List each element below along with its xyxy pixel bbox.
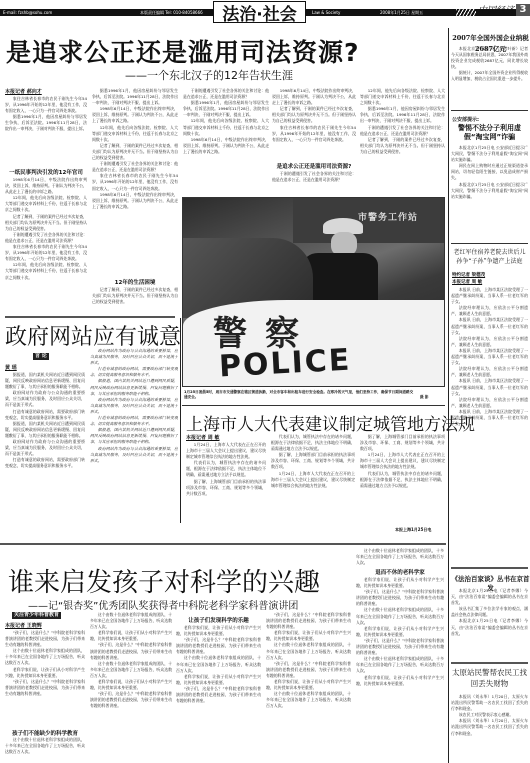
sidebar-item-3-byline2: 本报记者 周 敏	[452, 279, 482, 285]
divider-science	[0, 543, 446, 545]
opinion-tag: 言 论	[33, 353, 49, 360]
shanghai-text-col2: 代表们认为，城管执法中存在的诸多问题，根源在于法律依据不足，执法主体地位不明确，…	[271, 434, 355, 532]
science-text-col4: “孩子们，这是什么？”中科院老科学家科普演讲团的老教授们走进校园，为孩子们带来生…	[266, 612, 351, 763]
stripe-decoration	[456, 9, 476, 16]
sidebar-item-4-text: 本报北京1月25日电（记者李娜）今天，由“法治百家谈”编委会编辑的丛书在京首发。…	[451, 588, 528, 660]
sidebar-divider-4	[451, 662, 528, 664]
lead-subhead-1: 一纸民事判决引发的12年官司	[5, 168, 87, 176]
lead-subheadline: ——一个东北汉子的12年告状生涯	[125, 67, 293, 83]
lead-headline: 是追求公正还是滥用司法资源?	[6, 33, 446, 69]
sidebar-item-3-text: 本报讯 日前，上海市某区法院受理了一起遗产继承纠纷案，当事人系一位老红军的子女。…	[451, 287, 528, 562]
opinion-text-col2: 政府网站作为政府与公众沟通的重要桥梁，应当真诚为民服务，及时回应公众关切，而不是…	[90, 348, 178, 522]
lead-text-col3: 于刚的遭遇引发了社会各界的关注和讨论：他是在追求公正，还是在滥用司法资源？ 据悉…	[183, 88, 269, 186]
police-photo: 市警务工作站 警察 POLICE	[182, 197, 445, 387]
lead-text-col2b: 记者了解到，于刚的案件已经过多次复查，相关部门均认为原判决并无不当。但于刚坚持认…	[92, 287, 178, 312]
lead-text-col5: 12年间，他先后向各级法院、检察院、人大等部门递交申诉材料上千份，往返于长春与北…	[360, 88, 445, 200]
science-text-col1: “孩子们，这是什么？”中科院老科学家科普演讲团的老教授们走进校园，为孩子们带来生…	[5, 630, 85, 728]
shanghai-headline: 上海市人大代表建议制定城管地方法规	[186, 410, 475, 435]
section-english: Law & Society	[312, 9, 340, 16]
science-subhead-3: 退而不休的老科学家	[356, 568, 444, 576]
issue-date: 2008年1月25日 星期五	[380, 9, 423, 16]
opinion-byline: 黄 瑶	[5, 364, 17, 371]
science-headline: 谁来启发孩子对科学的兴趣	[8, 562, 320, 599]
lead-text-col2a: 据悉1996年1月，他因房屋纠纷与邻居发生争执，后诉至法院。1996年11月28…	[92, 88, 178, 273]
sidebar-item-5-headline: 太原站民警帮农民工找回丢失财物	[451, 667, 528, 689]
science-subhead-2: 让孩子们发现科学的乐趣	[176, 616, 261, 624]
science-text-col2: 这个由数十位退休老科学家组成的团队，十多年来已在全国各地作了上万场报告，听众达数…	[90, 612, 172, 763]
sidebar-item-3-byline: 特约记者 梁德茂	[452, 272, 485, 278]
masthead-editor-tel: 本版责任编辑 Tel: 010-84058666	[140, 9, 203, 16]
photo-hood-police: POLICE	[218, 343, 352, 385]
sidebar-item-2-text: 本报北京1月25日电 公安部近日提示广大网民，警惕不法分子利用虚假“淘宝网”网站…	[451, 145, 528, 240]
sidebar-item-3-headline: 老红军住宿养老院去世后儿孙争“子孙”争遗产上法庭	[451, 248, 528, 266]
opinion-headline: 政府网站应有诚意	[5, 320, 181, 351]
science-subhead-1: 孩子们不能缺少的科学教育	[5, 729, 85, 737]
divider-photo-shanghai	[182, 405, 445, 406]
lead-text-col4b: 于刚的遭遇引发了社会各界的关注和讨论：他是在追求公正，还是在滥用司法资源？	[272, 171, 356, 199]
page-number: 3	[516, 4, 530, 16]
shanghai-text-col1: 1月24日，上海市人大代表在正在召开的上海市十三届人大会议上提出建议，建议尽快制…	[186, 442, 266, 532]
opinion-text-col1: 据报道，国内某机关网站近日遭到网民质疑，网民反映政府网站信息更新缓慢、回复问题敷…	[5, 372, 85, 522]
masthead-email: E-mail: fzshb@sohu.com	[3, 9, 52, 16]
section-title: 法治·社会	[222, 0, 296, 25]
divider-lead-opinion	[5, 316, 175, 318]
science-tag: 关注青少年科普教育	[12, 612, 61, 619]
photo-credit: 摄 影	[420, 395, 428, 400]
section-title-box: 法治·社会	[213, 1, 306, 23]
sidebar-divider	[448, 28, 449, 763]
shanghai-text-col3: 据了解，上海城管部门目前承担的执法事项涉及市容、环保、工商、规划等多个领域，共计…	[360, 434, 445, 524]
sidebar-item-5-text: 本报讯（刘永华）1月20日，太原火车站派出所民警帮助一名农民工找回了丢失的行李和…	[451, 694, 528, 763]
shanghai-byline: 本报记者 周 敏	[186, 434, 219, 441]
photo-sign: 市警务工作站	[358, 210, 418, 223]
sidebar-item-2-headline: 警惕不法分子利用虚假“淘宝网”诈骗	[451, 124, 528, 142]
lead-text-col1b: 1998年6月14日，中级法院作出终审判决，驳回上诉，维持原判。于刚认为判决不公…	[5, 177, 87, 312]
lead-subhead-3: 12年的生活困境	[92, 278, 178, 286]
science-text-col3: 老科学家们说，让孩子们从小对科学产生兴趣，比传授知识本身更重要。 “孩子们，这是…	[176, 625, 261, 763]
sidebar-item-2-tag: 公安部提示:	[452, 116, 479, 123]
sidebar-divider-1	[451, 110, 528, 111]
science-text-col5a: 这个由数十位退休老科学家组成的团队，十多年来已在全国各地作了上万场报告，听众达数…	[356, 548, 444, 566]
shanghai-dateline: 本报上海1月25日电	[395, 527, 431, 533]
sidebar-divider-2	[451, 243, 528, 244]
science-text-col1b: 这个由数十位退休老科学家组成的团队，十多年来已在全国各地作了上万场报告，听众达数…	[5, 737, 85, 763]
photo-caption: 1月25日凌晨5时，周吉市交通警察在辖区街道执勤，对全市客车和出租车进行安全检查…	[184, 390, 414, 400]
lead-text-col4a: 1998年6月14日，中级法院作出终审判决，驳回上诉，维持原判。于刚认为判决不公…	[272, 88, 356, 158]
lead-byline: 本报记者 郝向才	[5, 88, 42, 95]
divider-opinion-vertical	[180, 318, 181, 523]
science-subheadline: ——记“银杏奖”优秀团队奖获得者中科院老科学家科普演讲团	[28, 597, 298, 612]
science-text-col5b: 老科学家们说，让孩子们从小对科学产生兴趣，比传授知识本身更重要。 “孩子们，这是…	[356, 577, 444, 763]
sidebar-item-1-text: 本报北京1月25日电（记者叶新）记者今天从国家税务总局获悉，2007年我国外商投…	[451, 46, 528, 88]
lead-text-col1a: 家住吉林省长春市的农民于刚先生今年54岁，从1996年开始的12年里，他没有工作…	[5, 96, 87, 158]
lead-subhead-2: 是追求公正还是滥用司法资源?	[272, 162, 356, 170]
science-byline: 本报记者 王晓辉	[5, 622, 42, 629]
sidebar-divider-3	[451, 567, 528, 569]
